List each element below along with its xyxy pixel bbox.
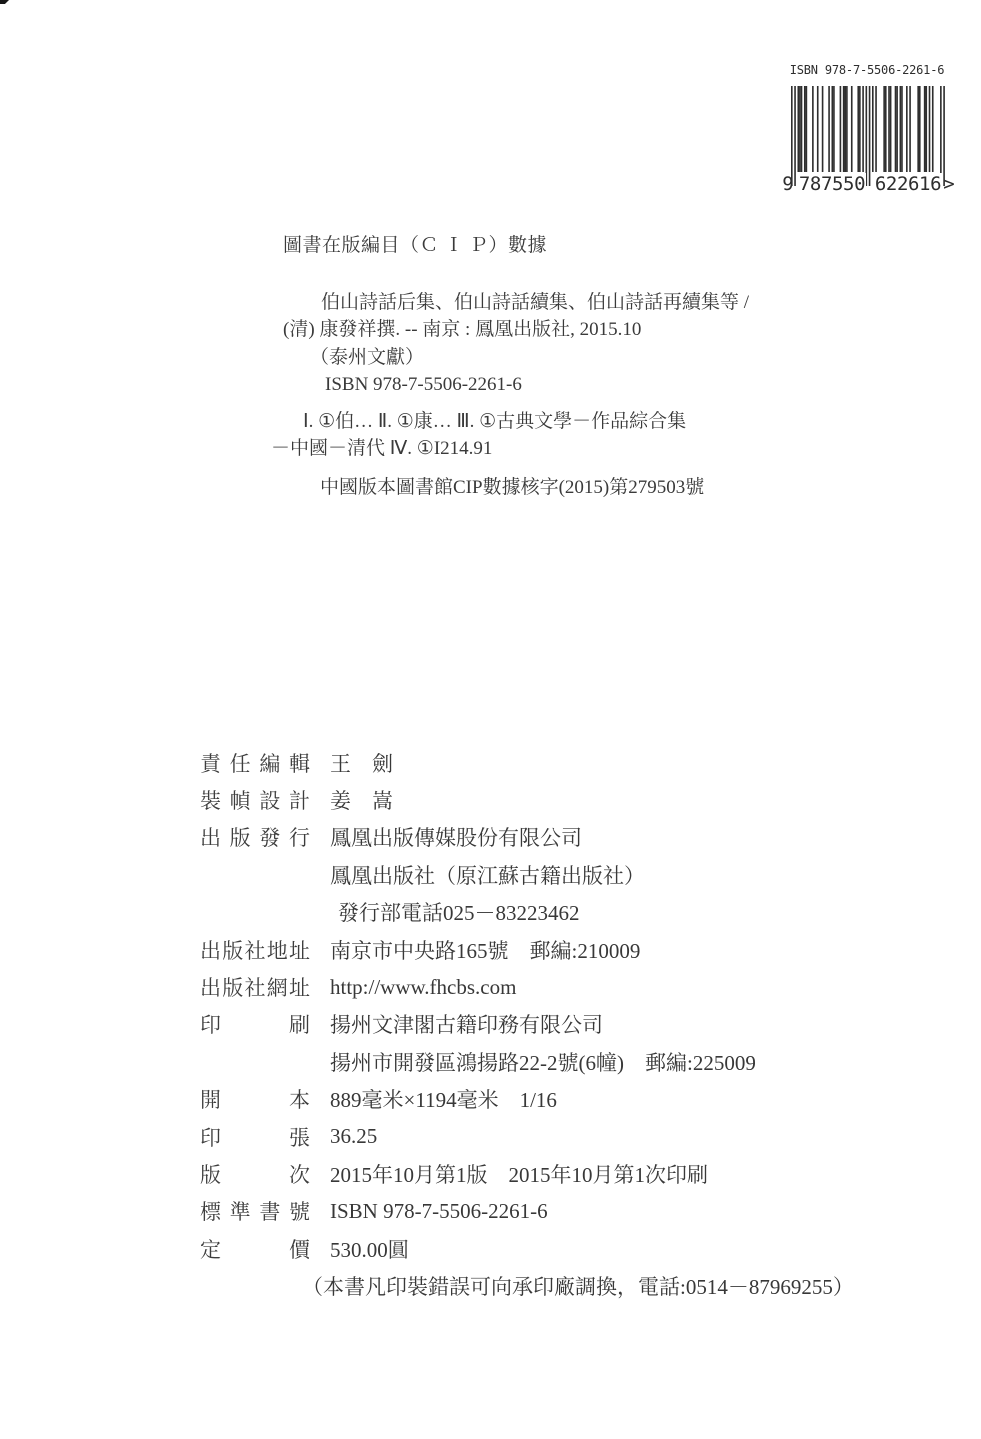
cip-header: 圖書在版編目（Ｃ Ｉ Ｐ）數據 xyxy=(283,232,823,260)
colophon-row-editor: 責任編輯 王 劍 xyxy=(200,744,920,781)
colophon-value: 發行部電話025－83223462 xyxy=(338,897,580,927)
colophon-label: 出版社地址 xyxy=(200,935,310,965)
colophon-row-publisher: 出版發行 鳳凰出版傳媒股份有限公司 xyxy=(200,819,920,856)
colophon-row-printer-address: 揚州市開發區鴻揚路22-2號(6幢) 郵編:225009 xyxy=(200,1043,920,1080)
colophon-row-price: 定價 530.00圓 xyxy=(200,1230,920,1267)
isbn-label: ISBN 978-7-5506-2261-6 xyxy=(788,62,946,84)
colophon-label: 開本 xyxy=(200,1084,310,1114)
colophon-row-sales-phone: 發行部電話025－83223462 xyxy=(200,894,920,931)
colophon-page: ISBN 978-7-5506-2261-6 9 787550 622616 >… xyxy=(0,0,981,1439)
cip-isbn-line: ISBN 978-7-5506-2261-6 xyxy=(283,371,823,399)
colophon-row-sheets: 印張 36.25 xyxy=(200,1118,920,1155)
colophon-value: 36.25 xyxy=(330,1124,377,1149)
colophon-row-format: 開本 889毫米×1194毫米 1/16 xyxy=(200,1081,920,1118)
colophon-value: 2015年10月第1版 2015年10月第1次印刷 xyxy=(330,1159,708,1189)
colophon-row-address: 出版社地址 南京市中央路165號 郵編:210009 xyxy=(200,931,920,968)
colophon-label: 版次 xyxy=(200,1159,310,1189)
colophon-label: 責任編輯 xyxy=(200,748,310,778)
colophon-value: （本書凡印裝錯誤可向承印廠調換，電話:0514－87969255） xyxy=(302,1271,854,1301)
cip-classification-line-2: －中國－清代 Ⅳ. ①I214.91 xyxy=(271,435,823,463)
barcode-digits: 9 787550 622616 > xyxy=(788,173,948,197)
colophon-value: 鳳凰出版社（原江蘇古籍出版社） xyxy=(330,860,645,890)
colophon-label: 印刷 xyxy=(200,1009,310,1039)
cip-title-line-2: (清) 康發祥撰. -- 南京 : 鳳凰出版社, 2015.10 xyxy=(283,316,823,344)
barcode-digit-group-1: 787550 xyxy=(798,173,866,196)
colophon-value: 揚州市開發區鴻揚路22-2號(6幢) 郵編:225009 xyxy=(330,1047,756,1077)
colophon-label: 裝幀設計 xyxy=(200,785,310,815)
cip-classification-line-1: Ⅰ. ①伯… Ⅱ. ①康… Ⅲ. ①古典文學－作品綜合集 xyxy=(283,408,823,436)
cip-registry-line: 中國版本圖書館CIP數據核字(2015)第279503號 xyxy=(283,474,823,502)
scan-artifact-speck xyxy=(0,0,9,4)
colophon-row-website: 出版社網址 http://www.fhcbs.com xyxy=(200,968,920,1005)
colophon-row-publisher-2: 鳳凰出版社（原江蘇古籍出版社） xyxy=(200,856,920,893)
ean13-barcode-icon xyxy=(791,86,945,186)
colophon-value: ISBN 978-7-5506-2261-6 xyxy=(330,1199,548,1224)
colophon-label: 印張 xyxy=(200,1122,310,1152)
colophon-value: 王 劍 xyxy=(330,748,393,778)
colophon-label: 定價 xyxy=(200,1234,310,1264)
colophon-row-errata-note: （本書凡印裝錯誤可向承印廠調換，電話:0514－87969255） xyxy=(200,1267,920,1304)
colophon-value: http://www.fhcbs.com xyxy=(330,975,516,1000)
colophon-row-printer: 印刷 揚州文津閣古籍印務有限公司 xyxy=(200,1006,920,1043)
colophon-value: 889毫米×1194毫米 1/16 xyxy=(330,1084,557,1114)
colophon-value: 揚州文津閣古籍印務有限公司 xyxy=(330,1009,603,1039)
cip-block: 圖書在版編目（Ｃ Ｉ Ｐ）數據 伯山詩話后集、伯山詩話續集、伯山詩話再續集等 /… xyxy=(283,232,823,501)
colophon-value: 鳳凰出版傳媒股份有限公司 xyxy=(330,822,582,852)
isbn-barcode-block: ISBN 978-7-5506-2261-6 9 787550 622616 > xyxy=(788,62,948,186)
colophon-row-isbn: 標準書號 ISBN 978-7-5506-2261-6 xyxy=(200,1193,920,1230)
colophon-label: 出版社網址 xyxy=(200,972,310,1002)
colophon-label: 出版發行 xyxy=(200,822,310,852)
barcode-terminator: > xyxy=(942,173,956,196)
colophon-row-designer: 裝幀設計 姜 嵩 xyxy=(200,781,920,818)
colophon-row-edition: 版次 2015年10月第1版 2015年10月第1次印刷 xyxy=(200,1155,920,1192)
barcode-digit-group-2: 622616 xyxy=(874,173,942,196)
colophon-value: 姜 嵩 xyxy=(330,785,393,815)
cip-title-line-1: 伯山詩話后集、伯山詩話續集、伯山詩話再續集等 / xyxy=(283,289,823,317)
barcode-lead-digit: 9 xyxy=(776,173,800,196)
colophon-label: 標準書號 xyxy=(200,1196,310,1226)
colophon-value: 530.00圓 xyxy=(330,1234,409,1264)
colophon-table: 責任編輯 王 劍 裝幀設計 姜 嵩 出版發行 鳳凰出版傳媒股份有限公司 鳳凰出版… xyxy=(200,744,920,1305)
cip-series-line: （泰州文獻） xyxy=(283,344,823,372)
colophon-value: 南京市中央路165號 郵編:210009 xyxy=(330,935,640,965)
